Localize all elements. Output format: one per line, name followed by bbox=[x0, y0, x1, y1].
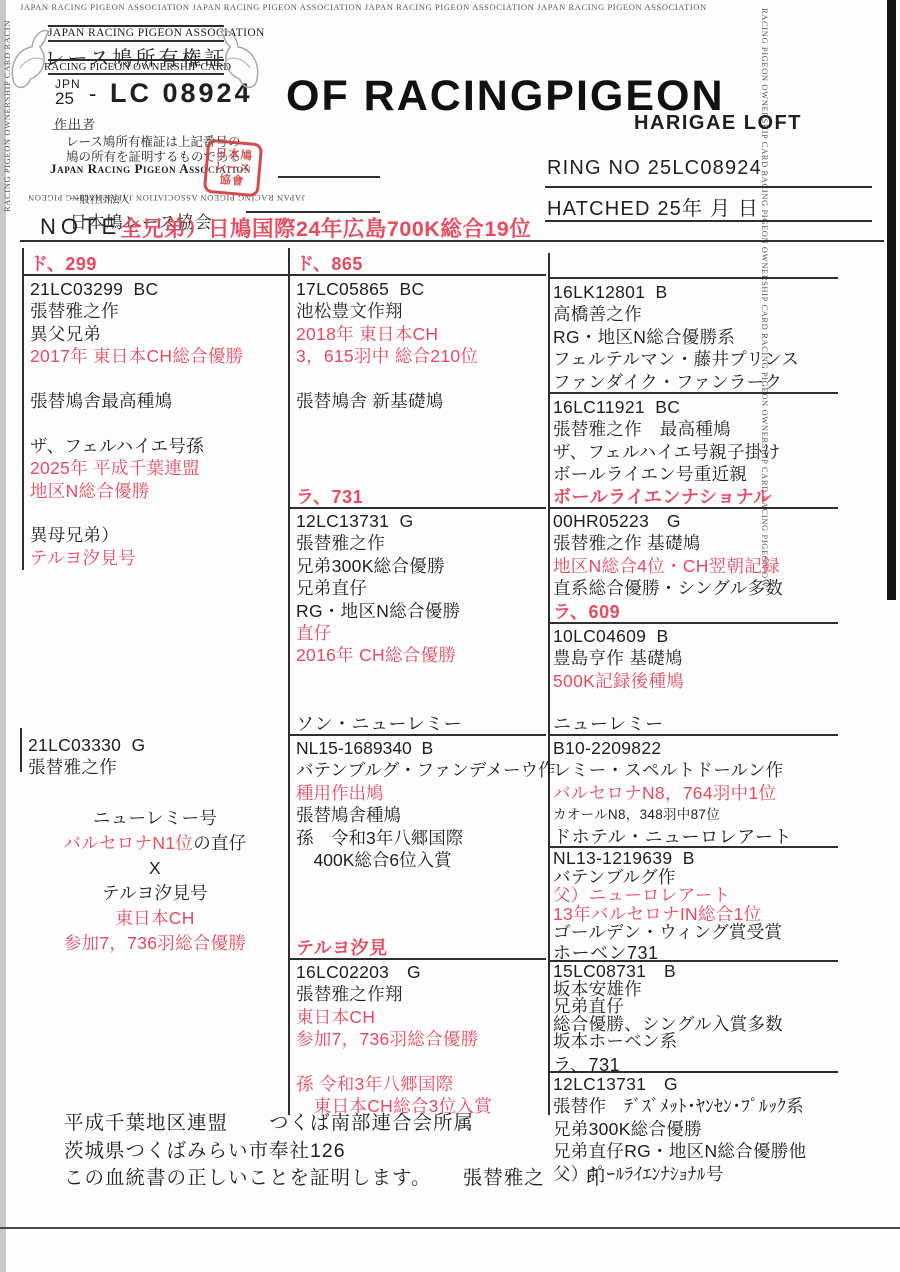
gg4-block: 10LC04609 B豊島亨作 基礎鳩500K記録後種鳩 bbox=[553, 625, 684, 692]
scan-edge-right-bar bbox=[887, 0, 896, 600]
pedigree-line: X bbox=[30, 856, 280, 881]
pedigree-line: 13年バルセロナIN総合1位 bbox=[553, 905, 782, 924]
pedigree-certificate-page: JAPAN RACING PIGEON ASSOCIATION JAPAN RA… bbox=[0, 0, 900, 1272]
hidden-field-line-1 bbox=[278, 176, 380, 178]
ring-no-underline bbox=[545, 186, 872, 188]
pedigree-line: 兄弟300K総合優勝 bbox=[296, 555, 460, 577]
g4-block: 16LC02203 G張替雅之作翔東日本CH参加7，736羽総合優勝 孫 令和3… bbox=[296, 961, 492, 1118]
g2-block: 12LC13731 G張替雅之作兄弟300K総合優勝兄弟直仔RG・地区N総合優勝… bbox=[296, 510, 460, 667]
pedigree-line: 00HR05223 G bbox=[553, 510, 783, 532]
pedigree-line: 坂本ホーベン系 bbox=[553, 1033, 783, 1051]
pedigree-line: バルセロナN1位の直仔 bbox=[30, 831, 280, 856]
pedigree-line: 張替鳩舎種鳩 bbox=[296, 804, 556, 826]
pedigree-line: 茨城県つくばみらい市奉社126 bbox=[64, 1138, 606, 1166]
pedigree-line: 12LC13731 G bbox=[296, 510, 460, 532]
pedigree-line: 16LC11921 BC bbox=[553, 396, 780, 418]
pedigree-line: 豊島亨作 基礎鳩 bbox=[553, 647, 684, 669]
pedigree-line: 2018年 東日本CH bbox=[296, 323, 478, 345]
gg5-block: B10-2209822レミー・スペルトドールン作バルセロナN8，764羽中1位カ… bbox=[553, 737, 784, 827]
pedigree-line: NL15-1689340 B bbox=[296, 737, 556, 759]
g1-block: 17LC05865 BC池松豊文作翔2018年 東日本CH3，615羽中 総合2… bbox=[296, 278, 478, 412]
certification-block: 平成千葉地区連盟 つくば南部連合会所属茨城県つくばみらい市奉社126この血統書の… bbox=[64, 1110, 606, 1193]
grid-vline-col2 bbox=[288, 248, 290, 1115]
grid-vline-col3 bbox=[548, 253, 550, 1115]
scan-bottom-line bbox=[0, 1227, 900, 1229]
pedigree-line: 17LC05865 BC bbox=[296, 278, 478, 300]
pedigree-line: 孫 令和3年八郷国際 bbox=[296, 1073, 492, 1095]
card-ring-year: 25 bbox=[55, 89, 74, 109]
g3-name: ソン・ニューレミー bbox=[296, 710, 462, 736]
gg3-block: 00HR05223 G張替雅之作 基礎鳩地区N総合4位・CH翌朝記録直系総合優勝… bbox=[553, 510, 783, 600]
note-label: NOTE bbox=[40, 214, 121, 240]
pedigree-line: ボールライエン号重近親 bbox=[553, 463, 780, 485]
pedigree-line: 東日本CH bbox=[296, 1006, 492, 1028]
g3-block: NL15-1689340 Bバテンブルグ・ファンデメーウ作種用作出鳩張替鳩舎種鳩… bbox=[296, 737, 556, 871]
gg3-name: ボールライエンナショナル bbox=[553, 483, 772, 509]
pedigree-line: 張替鳩舎 新基礎鳩 bbox=[296, 390, 478, 412]
pedigree-line: レミー・スペルトドールン作 bbox=[553, 759, 784, 781]
card-breeder-underline bbox=[52, 129, 92, 130]
pedigree-line: カオールN8，348羽中87位 bbox=[553, 804, 784, 826]
pedigree-line: テルヨ汐見号 bbox=[30, 547, 244, 569]
g2-name: ラ、731 bbox=[296, 483, 363, 509]
card-border-text-top: JAPAN RACING PIGEON ASSOCIATION JAPAN RA… bbox=[20, 2, 754, 14]
pedigree-line: 16LK12801 B bbox=[553, 281, 799, 303]
pedigree-line: B10-2209822 bbox=[553, 737, 784, 759]
pedigree-line: 21LC03330 G bbox=[28, 734, 145, 756]
dove-illustration-left bbox=[6, 22, 52, 96]
note-bottom-rule bbox=[20, 240, 884, 242]
pedigree-line: 2016年 CH総合優勝 bbox=[296, 644, 460, 666]
pedigree-line: 500K記録後種鳩 bbox=[553, 670, 684, 692]
pedigree-line: バテンブルグ作 bbox=[553, 868, 782, 887]
loft-name: HARIGAE LOFT bbox=[500, 112, 802, 135]
pedigree-line: バルセロナN8，764羽中1位 bbox=[553, 782, 784, 804]
gg6-block: NL13-1219639 Bバテンブルグ作父）ニューロレアート13年バルセロナI… bbox=[553, 849, 782, 942]
pedigree-line: 張替雅之作 bbox=[296, 532, 460, 554]
gg7-block: 15LC08731 B坂本安雄作兄弟直仔総合優勝、シングル入賞多数坂本ホーベン系 bbox=[553, 963, 783, 1051]
pedigree-line: 高橋善之作 bbox=[553, 303, 799, 325]
pedigree-line: ファンダイク・ファンラーク bbox=[553, 371, 799, 393]
pedigree-line: 15LC08731 B bbox=[553, 963, 783, 981]
pedigree-line: 張替鳩舎最高種鳩 bbox=[30, 390, 244, 412]
pedigree-line: 参加7，736羽総合優勝 bbox=[296, 1028, 492, 1050]
pedigree-line: 12LC13731 G bbox=[553, 1074, 806, 1096]
pedigree-line: 東日本CH bbox=[30, 906, 280, 931]
pedigree-line bbox=[30, 502, 244, 524]
pedigree-line: NL13-1219639 B bbox=[553, 849, 782, 868]
pedigree-line: ニューレミー号 bbox=[30, 806, 280, 831]
pedigree-line: 張替雅之作 基礎鳩 bbox=[553, 532, 783, 554]
card-association-en: JAPAN RACING PIGEON ASSOCIATION bbox=[48, 27, 224, 39]
sire-block: 21LC03299 BC張替雅之作異父兄弟2017年 東日本CH総合優勝 張替鳩… bbox=[30, 278, 244, 569]
pedigree-line: ザ、フェルハイエ号親子掛け bbox=[553, 441, 780, 463]
pedigree-line: ゴールデン・ウィング賞受賞 bbox=[553, 923, 782, 942]
sire-name: ド、299 bbox=[30, 250, 97, 276]
pedigree-line: 10LC04609 B bbox=[553, 625, 684, 647]
pedigree-line: この血統書の正しいことを証明します。 張替雅之 印 bbox=[64, 1165, 606, 1193]
pedigree-line: RG・地区N総合優勝系 bbox=[553, 326, 799, 348]
pedigree-line: 異母兄弟） bbox=[30, 524, 244, 546]
pedigree-line: 直系総合優勝・シングル多数 bbox=[553, 577, 783, 599]
dam-note-block: ニューレミー号バルセロナN1位の直仔Xテルヨ汐見号東日本CH参加7，736羽総合… bbox=[30, 806, 280, 956]
pedigree-line: 孫 令和3年八郷国際 bbox=[296, 827, 556, 849]
pedigree-line: バテンブルグ・ファンデメーウ作 bbox=[296, 759, 556, 781]
hatched-underline bbox=[545, 220, 872, 222]
ring-no-field: RING NO 25LC08924 bbox=[547, 157, 762, 180]
pedigree-line: 平成千葉地区連盟 つくば南部連合会所属 bbox=[64, 1110, 606, 1138]
pedigree-line: 張替雅之作翔 bbox=[296, 983, 492, 1005]
card-association-jp-prefix: 一般社団法人 bbox=[70, 195, 130, 206]
pedigree-line: 2025年 平成千葉連盟 bbox=[30, 457, 244, 479]
pedigree-line: テルヨ汐見号 bbox=[30, 881, 280, 906]
g4-name: テルヨ汐見 bbox=[296, 934, 388, 960]
pedigree-line: 池松豊文作翔 bbox=[296, 300, 478, 322]
gg4-name: ラ、609 bbox=[553, 598, 620, 624]
gg5-name: ニューレミー bbox=[553, 710, 664, 736]
note-text: 全兄弟）日鳩国際24年広島700K総合19位 bbox=[120, 212, 531, 243]
pedigree-line: 地区N総合4位・CH翌朝記録 bbox=[553, 555, 783, 577]
hatched-field: HATCHED 25年 月 日 bbox=[547, 192, 759, 221]
card-breeder-label: 作出者 bbox=[54, 114, 96, 133]
pedigree-line: 直仔 bbox=[296, 622, 460, 644]
gg6-name: ドホテル・ニューロレアート bbox=[553, 823, 792, 849]
pedigree-line: 21LC03299 BC bbox=[30, 278, 244, 300]
pedigree-line: フェルテルマン・藤井プリンス bbox=[553, 348, 799, 370]
grid-vline-col1-dam bbox=[20, 728, 22, 772]
pedigree-line: 16LC02203 G bbox=[296, 961, 492, 983]
g1-name: ド、865 bbox=[296, 250, 363, 276]
pedigree-line-segment: バルセロナN1位 bbox=[63, 833, 193, 853]
pedigree-line: 400K総合6位入賞 bbox=[296, 849, 556, 871]
card-rule-4 bbox=[48, 73, 224, 75]
gg1-block: 16LK12801 B高橋善之作RG・地区N総合優勝系フェルテルマン・藤井プリン… bbox=[553, 281, 799, 393]
pedigree-line: RG・地区N総合優勝 bbox=[296, 600, 460, 622]
pedigree-line bbox=[296, 368, 478, 390]
association-seal-stamp: 日本鳩 レース 協會 bbox=[203, 139, 263, 198]
pedigree-line-segment: の直仔 bbox=[193, 833, 246, 853]
pedigree-line bbox=[296, 1051, 492, 1073]
card-ring-dash: - bbox=[89, 81, 96, 107]
pedigree-line: 父）ニューロレアート bbox=[553, 886, 782, 905]
rule-gg1 bbox=[548, 277, 838, 279]
pedigree-line bbox=[30, 412, 244, 434]
pedigree-line: ザ、フェルハイエ号孫 bbox=[30, 435, 244, 457]
pedigree-line: 張替雅之作 bbox=[28, 756, 145, 778]
pedigree-line: 地区N総合優勝 bbox=[30, 480, 244, 502]
pedigree-line: 兄弟直仔 bbox=[296, 577, 460, 599]
card-title-en: RACING PIGEON OWNERSHIP CARD bbox=[44, 61, 228, 73]
pedigree-line: 種用作出鳩 bbox=[296, 782, 556, 804]
dam-block: 21LC03330 G張替雅之作 bbox=[28, 734, 145, 779]
gg2-block: 16LC11921 BC張替雅之作 最高種鳩ザ、フェルハイエ号親子掛けボールライ… bbox=[553, 396, 780, 486]
pedigree-line: 異父兄弟 bbox=[30, 323, 244, 345]
grid-vline-col1 bbox=[22, 248, 24, 570]
pedigree-line: 張替雅之作 最高種鳩 bbox=[553, 418, 780, 440]
pedigree-line: 2017年 東日本CH総合優勝 bbox=[30, 345, 244, 367]
pedigree-line bbox=[30, 368, 244, 390]
pedigree-line: 張替雅之作 bbox=[30, 300, 244, 322]
dove-illustration-right bbox=[218, 22, 264, 96]
pedigree-line: 3，615羽中 総合210位 bbox=[296, 345, 478, 367]
pedigree-line: 参加7，736羽総合優勝 bbox=[30, 931, 280, 956]
stamp-row-3: 協會 bbox=[219, 173, 245, 188]
